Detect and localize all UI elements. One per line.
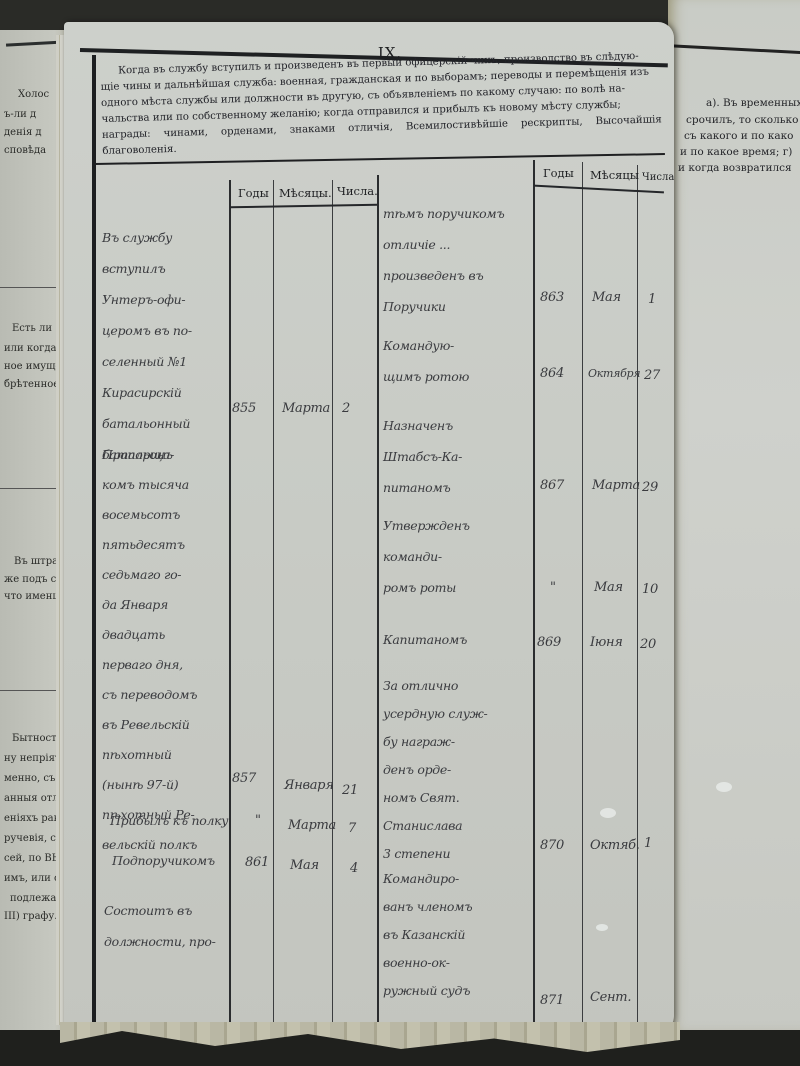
entry-right-1-day: 1 (648, 284, 656, 315)
entry-left-2-text: Прапорщи- комъ тысяча восемьсотъ пятьдес… (102, 440, 197, 860)
column-divider (582, 162, 583, 1030)
left-page-text: что именц (4, 590, 59, 604)
entry-right-4-text: Утвержденъ команди- ромъ роты (383, 510, 470, 603)
entry-right-5-day: 20 (640, 629, 656, 660)
right-page-text: съ какого и по како (684, 129, 793, 144)
section-heading: Когда въ службу вступилъ и произведенъ в… (100, 48, 662, 160)
entry-right-3-text: Назначенъ Штабсъ-Ка- питаномъ (383, 410, 462, 503)
entry-right-2-month: Октября (588, 358, 640, 389)
entry-left-4-year: 861 (245, 847, 269, 878)
entry-right-7-year: 871 (540, 985, 564, 1016)
paper-damage-spot (716, 782, 732, 792)
entry-right-7-text: Командиро- ванъ членомъ въ Казанскій вое… (383, 865, 472, 1005)
paper-damage-spot (596, 924, 608, 931)
entry-right-2-text: Командую- щимъ ротою (383, 330, 469, 392)
entry-left-2-year: 857 (232, 763, 256, 794)
entry-right-4-month: Мая (594, 572, 623, 603)
entry-right-3-month: Марта (592, 470, 640, 501)
column-divider (273, 180, 274, 1030)
entry-right-2-year: 864 (540, 358, 564, 389)
entry-left-4-month: Мая (290, 850, 319, 881)
right-page-text: и по какое время; г) (680, 145, 792, 160)
left-page-text: же подъ с (4, 573, 56, 587)
entry-right-3-year: 867 (540, 470, 564, 501)
left-page-text: ъ-ли д (4, 108, 36, 122)
column-divider (377, 175, 379, 1030)
entry-left-2-month: Января (284, 770, 334, 801)
col-header-days-left: Числа. (337, 184, 378, 198)
column-divider (332, 180, 333, 1030)
right-page-text: и когда возвратился (678, 161, 792, 176)
entry-left-3-year: " (255, 805, 261, 836)
entry-left-3-month: Марта (288, 810, 336, 841)
right-page-text: срочилъ, то сколько (686, 113, 798, 128)
entry-right-5-year: 869 (537, 627, 561, 658)
paper-damage-spot (600, 808, 616, 818)
entry-right-6-month: Октяб. (590, 830, 640, 861)
col-header-months-right: Мѣсяцы (590, 168, 639, 182)
entry-left-1-day: 2 (342, 393, 350, 424)
entry-right-1-text: тѣмъ поручикомъ отличіе ... произведенъ … (383, 198, 504, 322)
entry-left-1-text: Въ службу вступилъ Унтеръ-офи- церомъ въ… (102, 222, 192, 470)
entry-right-7-month: Сент. (590, 982, 631, 1013)
entry-right-6-text: За отлично усердную служ- бу награж- ден… (383, 672, 487, 868)
right-adjacent-page: а). Въ временных срочилъ, то сколько съ … (668, 0, 800, 1030)
entry-right-6-year: 870 (540, 830, 564, 861)
left-page-text: или когда (4, 342, 57, 356)
col-header-months-left: Мѣсяцы. (279, 186, 332, 200)
right-page-text: а). Въ временных (706, 96, 800, 111)
col-header-years-left: Годы (238, 186, 269, 200)
left-page-text: Есть ли (12, 322, 52, 336)
entry-left-1-month: Марта (282, 393, 330, 424)
entry-right-1-month: Мая (592, 282, 621, 313)
col-header-days-right: Числа (642, 172, 674, 183)
entry-right-1-year: 863 (540, 282, 564, 313)
entry-right-2-day: 27 (644, 360, 660, 391)
entry-right-4-day: 10 (642, 574, 658, 605)
left-page-text: брѣтенное (4, 378, 59, 392)
left-page-text: денія д (4, 126, 42, 140)
entry-left-4-text: Подпоручикомъ (112, 845, 215, 876)
column-divider (637, 165, 638, 1030)
right-page-border (672, 44, 800, 54)
column-divider (229, 180, 231, 1030)
entry-right-3-day: 29 (642, 472, 658, 503)
page-frame-left (92, 55, 96, 1030)
entry-right-6-day: 1 (644, 828, 652, 859)
entry-left-2-day: 21 (342, 775, 358, 806)
left-page-text: сповѣда (4, 144, 46, 158)
entry-left-3-text: Прибылъ къ полку (110, 805, 228, 836)
entry-left-4-day: 4 (350, 853, 358, 884)
entry-right-5-month: Іюня (590, 627, 623, 658)
entry-left-3-day: 7 (348, 813, 356, 844)
column-divider (533, 160, 535, 1030)
col-header-years-right: Годы (543, 166, 574, 180)
left-page-text: ное имуще (4, 360, 61, 374)
left-page-text: сей, по ВЫ (4, 852, 62, 866)
entry-left-5-text: Состоитъ въ должности, про- (104, 895, 216, 957)
left-page-text: III) графу. (4, 910, 57, 924)
entry-right-5-text: Капитаномъ (383, 624, 467, 655)
left-page-text: Холос (18, 88, 49, 102)
entry-right-4-year: " (550, 572, 556, 603)
entry-left-1-year: 855 (232, 393, 256, 424)
